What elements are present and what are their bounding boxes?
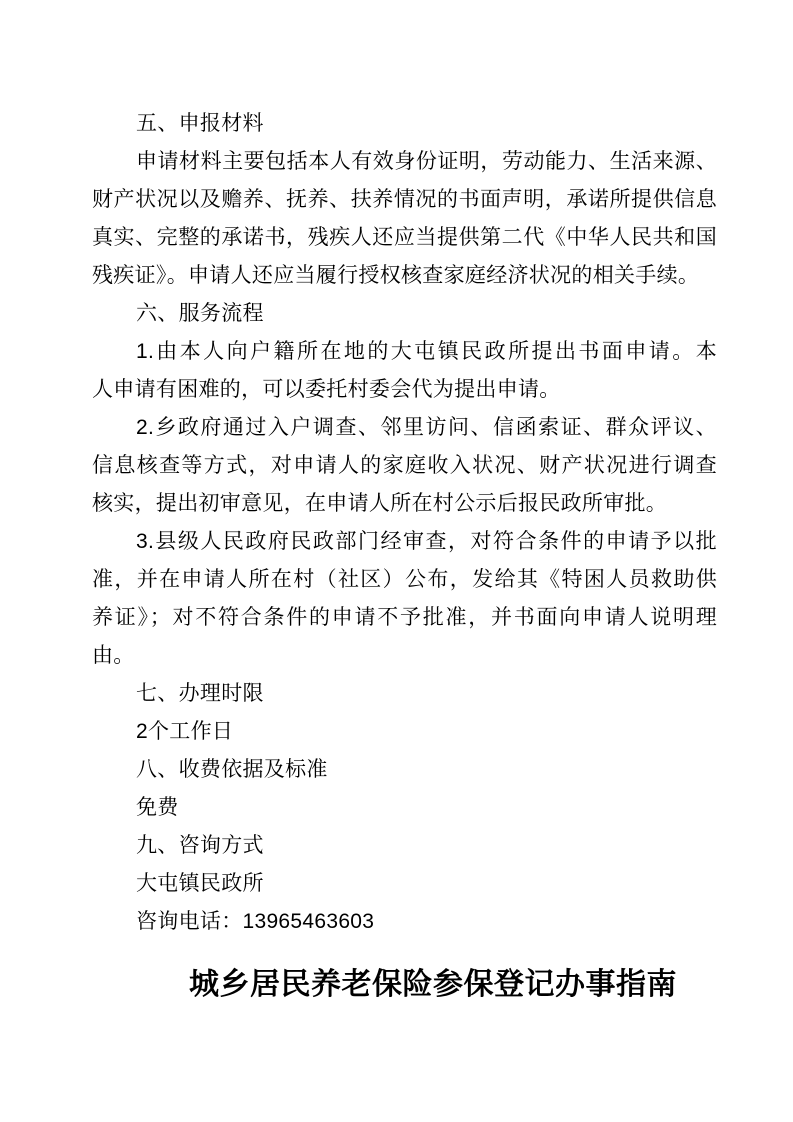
heading-section-7-time-limit: 七、办理时限 <box>92 675 717 713</box>
process-step-1-line-2: 人申请有困难的，可以委托村委会代为提出申请。 <box>92 371 717 409</box>
para-materials-line-2: 财产状况以及赡养、抚养、扶养情况的书面声明，承诺所提供信息 <box>92 181 717 219</box>
process-step-3-line-4: 由。 <box>92 637 717 675</box>
heading-section-8-fees: 八、收费依据及标准 <box>92 751 717 789</box>
next-guide-title: 城乡居民养老保险参保登记办事指南 <box>92 961 717 1009</box>
document-page: 五、申报材料申请材料主要包括本人有效身份证明，劳动能力、生活来源、财产状况以及赡… <box>0 0 793 1122</box>
para-materials-line-1: 申请材料主要包括本人有效身份证明，劳动能力、生活来源、 <box>92 143 717 181</box>
value-contact-phone: 咨询电话：13965463603 <box>92 903 717 941</box>
para-materials-line-3: 真实、完整的承诺书，残疾人还应当提供第二代《中华人民共和国 <box>92 219 717 257</box>
document-body: 五、申报材料申请材料主要包括本人有效身份证明，劳动能力、生活来源、财产状况以及赡… <box>92 105 717 941</box>
value-fee: 免费 <box>92 789 717 827</box>
value-contact-office: 大屯镇民政所 <box>92 865 717 903</box>
heading-section-5-materials: 五、申报材料 <box>92 105 717 143</box>
heading-section-9-contact: 九、咨询方式 <box>92 827 717 865</box>
process-step-2-line-2: 信息核查等方式，对申请人的家庭收入状况、财产状况进行调查 <box>92 447 717 485</box>
value-processing-time: 2个工作日 <box>92 713 717 751</box>
process-step-3-line-3: 养证》；对不符合条件的申请不予批准，并书面向申请人说明理 <box>92 599 717 637</box>
process-step-2-line-1: 2.乡政府通过入户调查、邻里访问、信函索证、群众评议、 <box>92 409 717 447</box>
process-step-3-line-1: 3.县级人民政府民政部门经审查，对符合条件的申请予以批 <box>92 523 717 561</box>
heading-section-6-process: 六、服务流程 <box>92 295 717 333</box>
process-step-3-line-2: 准，并在申请人所在村（社区）公布，发给其《特困人员救助供 <box>92 561 717 599</box>
process-step-1-line-1: 1.由本人向户籍所在地的大屯镇民政所提出书面申请。本 <box>92 333 717 371</box>
process-step-2-line-3: 核实，提出初审意见，在申请人所在村公示后报民政所审批。 <box>92 485 717 523</box>
para-materials-line-4: 残疾证》。申请人还应当履行授权核查家庭经济状况的相关手续。 <box>92 257 717 295</box>
